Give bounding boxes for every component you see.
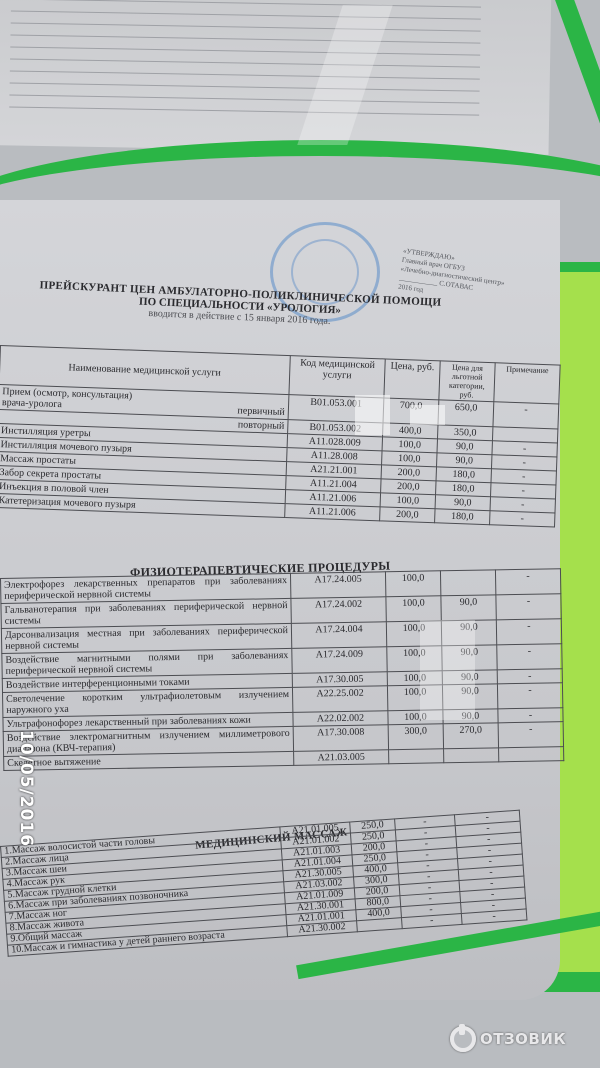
- service-code: A17.24.004: [291, 622, 386, 649]
- service-code: A22.25.002: [292, 686, 387, 713]
- previous-page-fragment: [0, 0, 551, 155]
- service-note: -: [496, 619, 561, 645]
- service-discount-price: [444, 748, 499, 763]
- service-discount-price: 90,0: [441, 595, 496, 621]
- service-price: [357, 918, 403, 932]
- watermark-text: ОТЗОВИК: [480, 1030, 566, 1048]
- service-price: 100,0: [387, 685, 442, 711]
- service-discount-price: 650,0: [438, 400, 494, 427]
- service-code: B01.053.001: [288, 395, 384, 423]
- watermark: ОТЗОВИК: [450, 1026, 566, 1052]
- physio-price-table: Электрофорез лекарственных препаратов пр…: [0, 568, 564, 771]
- service-price: 300,0: [388, 724, 443, 750]
- service-note: [499, 747, 564, 762]
- service-note: -: [497, 669, 562, 684]
- service-price: 100,0: [386, 621, 441, 647]
- service-code: A17.24.009: [292, 647, 387, 674]
- service-discount-price: 90,0: [442, 645, 497, 671]
- service-note: -: [498, 708, 563, 723]
- service-discount-price: 180,0: [435, 509, 490, 525]
- service-code: A11.21.006: [285, 504, 380, 521]
- service-note: -: [498, 722, 563, 748]
- service-note: -: [497, 683, 562, 709]
- service-discount-price: 90,0: [442, 684, 497, 710]
- camera-date-stamp: 10/05/2016: [16, 730, 36, 847]
- service-price: 100,0: [388, 710, 443, 725]
- service-note: -: [496, 594, 561, 620]
- service-price: 200,0: [380, 507, 435, 523]
- service-note: -: [490, 511, 555, 527]
- col-price-header: Цена, руб.: [384, 359, 440, 400]
- col-note-header: Примечание: [494, 363, 560, 404]
- service-note: -: [497, 644, 562, 670]
- service-price: 700,0: [383, 398, 439, 425]
- service-price: 100,0: [385, 571, 440, 597]
- service-discount-price: 90,0: [442, 670, 497, 685]
- visit-type: первичный: [237, 405, 285, 418]
- service-discount-price: [440, 570, 495, 596]
- col-code-header: Код медицинской услуги: [289, 356, 385, 398]
- service-price: 100,0: [387, 646, 442, 672]
- service-price: [389, 749, 444, 764]
- service-code: A17.24.002: [291, 597, 386, 624]
- massage-price-table: 1.Массаж волосистой части головыA21.01.0…: [0, 810, 527, 957]
- service-code: A21.03.005: [294, 750, 389, 766]
- service-code: A17.24.005: [290, 572, 385, 599]
- service-price: 100,0: [386, 596, 441, 622]
- service-discount-price: 270,0: [443, 723, 498, 749]
- price-list-document: «УТВЕРЖДАЮ» Главный врач ОГБУЗ «Лечебно-…: [0, 200, 560, 1000]
- otzovik-logo-icon: [450, 1026, 476, 1052]
- service-price: 100,0: [387, 671, 442, 686]
- urology-price-table: Наименование медицинской услуги Код меди…: [0, 345, 561, 527]
- service-discount-price: 90,0: [443, 709, 498, 724]
- col-discount-header: Цена для льготной категории, руб.: [439, 361, 495, 402]
- service-discount-price: 90,0: [441, 620, 496, 646]
- service-note: -: [493, 402, 559, 429]
- service-note: -: [495, 569, 560, 595]
- service-code: A17.30.008: [293, 725, 388, 752]
